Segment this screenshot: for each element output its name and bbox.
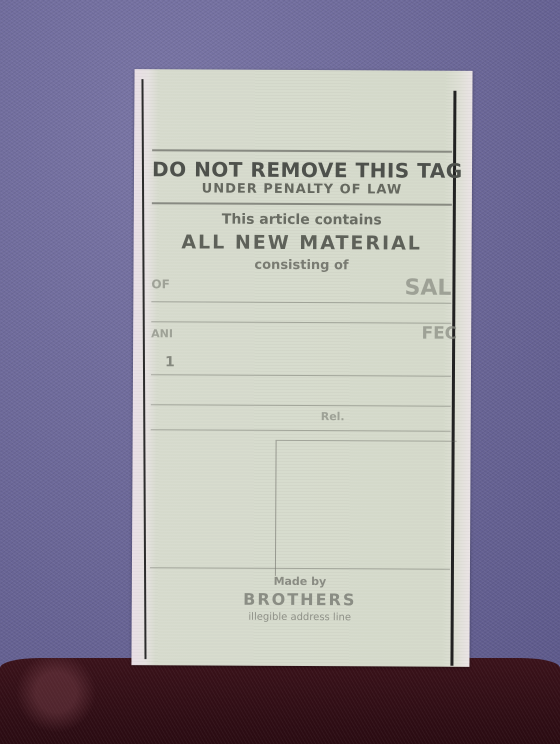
maker-name: BROTHERS <box>150 589 450 610</box>
tag-print: DO NOT REMOVE THIS TAG UNDER PENALTY OF … <box>149 69 452 667</box>
field-value: Rel. <box>321 410 345 423</box>
field-label: ANI <box>151 327 173 340</box>
tag-line-contains: This article contains <box>152 211 452 229</box>
maker-prefix: Made by <box>150 574 450 589</box>
inspection-box <box>275 440 457 577</box>
rule <box>151 321 451 324</box>
field-value: FEC <box>421 324 457 344</box>
field-label: 1 <box>165 354 175 370</box>
rule <box>151 429 451 432</box>
tag-subhead: UNDER PENALTY OF LAW <box>152 181 452 198</box>
rule <box>152 202 452 206</box>
tag-line-consisting: consisting of <box>151 257 451 274</box>
law-tag: DO NOT REMOVE THIS TAG UNDER PENALTY OF … <box>131 69 472 667</box>
tag-headline: DO NOT REMOVE THIS TAG <box>152 157 452 183</box>
rule <box>152 149 452 153</box>
field-value: SAL <box>404 276 451 301</box>
field-label: OF <box>151 277 169 291</box>
left-stitching <box>141 79 146 659</box>
rule <box>151 301 451 304</box>
cushion <box>0 658 560 744</box>
maker-address: illegible address line <box>150 611 450 624</box>
rule <box>151 404 451 407</box>
rule <box>151 374 451 377</box>
tag-line-material: ALL NEW MATERIAL <box>152 231 452 255</box>
